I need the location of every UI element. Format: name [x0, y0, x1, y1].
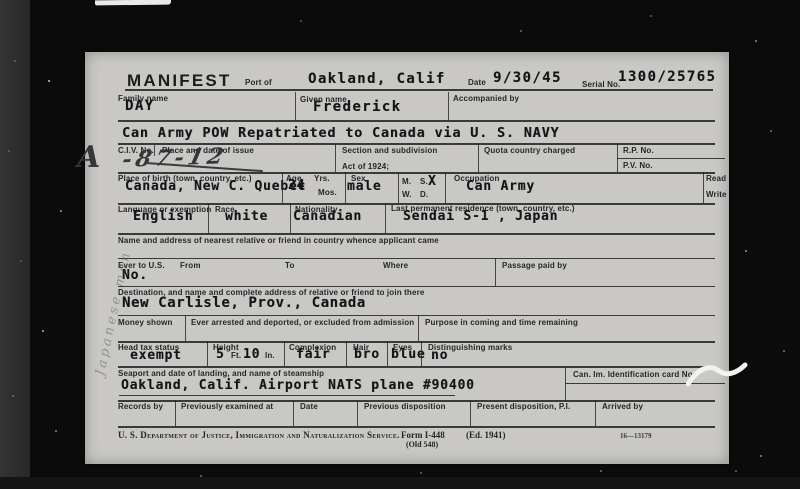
row-rule — [118, 233, 715, 235]
cell-divider — [175, 400, 176, 426]
pv-no-label: P.V. No. — [623, 161, 653, 170]
form-title: MANIFEST — [127, 72, 231, 89]
present-disposition-label: Present disposition, P.I. — [477, 402, 570, 411]
manifest-card: MANIFEST Port of Oakland, Calif Date 9/3… — [85, 52, 729, 464]
ft-label: Ft. — [231, 351, 241, 360]
cell-divider — [345, 172, 346, 203]
occupation-value: Can Army — [466, 180, 535, 194]
film-edge-strip — [0, 0, 30, 489]
cell-divider — [357, 400, 358, 426]
head-tax-value: exempt — [130, 349, 182, 363]
rp-no-label: R.P. No. — [623, 146, 654, 155]
quota-country-label: Quota country charged — [484, 146, 575, 155]
seaport-landing-value: Oakland, Calif. Airport NATS plane #9040… — [121, 379, 475, 393]
cell-divider — [470, 400, 471, 426]
given-name-value: Frederick — [313, 100, 401, 115]
date-label: Date — [468, 78, 486, 87]
accompanied-by-label: Accompanied by — [453, 94, 519, 103]
cell-divider — [445, 172, 446, 203]
sex-value: male — [347, 180, 382, 194]
footer-agency: U. S. Department of Justice, Immigration… — [118, 430, 400, 440]
scanned-manifest-screenshot: MANIFEST Port of Oakland, Calif Date 9/3… — [0, 0, 800, 489]
row-rule — [118, 366, 715, 368]
language-value: English — [133, 210, 193, 224]
hair-value: bro — [354, 348, 380, 362]
ever-arrested-label: Ever arrested and deported, or excluded … — [191, 318, 414, 327]
to-label: To — [285, 261, 294, 270]
marital-status-x-mark: X — [428, 175, 437, 189]
cell-divider — [398, 172, 399, 203]
age-value: 24 — [288, 179, 305, 193]
cell-divider — [295, 92, 296, 120]
complexion-value: fair — [296, 348, 331, 362]
cell-divider — [346, 341, 347, 366]
mos-label: Mos. — [318, 188, 337, 197]
previous-disposition-label: Previous disposition — [364, 402, 446, 411]
yrs-label: Yrs. — [314, 174, 330, 183]
arrived-by-label: Arrived by — [602, 402, 643, 411]
height-in-value: 10 — [243, 348, 260, 362]
records-date-label: Date — [300, 402, 318, 411]
money-shown-label: Money shown — [118, 318, 173, 327]
family-name-value: DAY — [125, 99, 155, 114]
cell-divider — [293, 400, 294, 426]
port-of-label: Port of — [245, 78, 272, 87]
scan-light-leak — [95, 0, 171, 5]
cell-divider — [385, 203, 386, 233]
port-of-value: Oakland, Calif — [308, 72, 446, 87]
cell-divider — [185, 315, 186, 341]
typed-note: Can Army POW Repatriated to Canada via U… — [122, 126, 559, 141]
cell-divider — [495, 258, 496, 286]
footer-form-number: Form I-448 — [401, 430, 445, 440]
cell-divider — [387, 341, 388, 366]
serial-no-label: Serial No. — [582, 80, 620, 89]
height-ft-value: 5 — [216, 348, 225, 362]
where-label: Where — [383, 261, 408, 270]
footer-old-form: (Old 548) — [406, 440, 438, 449]
read-label: Read — [706, 174, 726, 183]
section-subdivision-label: Section and subdivision — [342, 146, 437, 155]
records-by-label: Records by — [118, 402, 163, 411]
section-rule — [118, 120, 715, 122]
row-rule — [118, 315, 715, 316]
cell-divider — [290, 203, 291, 233]
header-rule — [125, 89, 713, 91]
film-grain-noise — [0, 0, 2, 2]
margin-handwriting: Japanese man — [93, 249, 134, 377]
serial-no-value: 1300/25765 — [618, 70, 716, 85]
handwritten-civ-prefix: A — [77, 140, 100, 175]
cell-divider — [595, 400, 596, 426]
purpose-label: Purpose in coming and time remaining — [425, 318, 578, 327]
footer-rule — [118, 426, 715, 428]
nearest-relative-label: Name and address of nearest relative or … — [118, 236, 439, 245]
from-label: From — [180, 261, 201, 270]
cell-divider — [282, 172, 283, 203]
write-label: Write — [706, 190, 727, 199]
passage-paid-label: Passage paid by — [502, 261, 567, 270]
cell-divider — [421, 341, 422, 366]
cell-divider — [418, 315, 419, 341]
cell-divider — [617, 158, 725, 159]
date-value: 9/30/45 — [493, 71, 562, 86]
white-scratch-mark — [686, 360, 748, 392]
destination-value: New Carlisle, Prov., Canada — [122, 296, 366, 311]
film-bottom-band — [0, 477, 800, 489]
marital-w-label: W. — [402, 190, 412, 199]
cell-divider — [207, 341, 208, 366]
value-underline — [119, 395, 455, 396]
cell-divider — [208, 203, 209, 233]
race-value: white — [225, 210, 268, 224]
marital-d-label: D. — [420, 190, 428, 199]
cell-divider — [478, 144, 479, 172]
seaport-landing-label: Seaport and date of landing, and name of… — [118, 369, 324, 378]
footer-print-code: 16—13179 — [620, 432, 652, 440]
cell-divider — [284, 341, 285, 366]
distinguishing-marks-value: no — [431, 349, 448, 363]
previously-examined-label: Previously examined at — [181, 402, 273, 411]
row-rule — [118, 258, 715, 259]
cell-divider — [703, 172, 704, 203]
marital-m-label: M. — [402, 177, 411, 186]
marital-s-label: S. — [420, 177, 428, 186]
cell-divider — [448, 92, 449, 120]
in-label: In. — [265, 351, 275, 360]
id-card-no-label: Can. Im. Identification card No. — [573, 370, 695, 379]
footer-edition: (Ed. 1941) — [466, 430, 506, 440]
last-residence-value: Sendai S-1 , Japan — [403, 210, 558, 224]
act-of-1924-label: Act of 1924; — [342, 162, 389, 171]
cell-divider — [335, 144, 336, 172]
row-rule — [118, 286, 715, 287]
nationality-value: Canadian — [293, 210, 362, 224]
place-of-birth-value: Canada, New C. Quebec — [125, 180, 306, 194]
